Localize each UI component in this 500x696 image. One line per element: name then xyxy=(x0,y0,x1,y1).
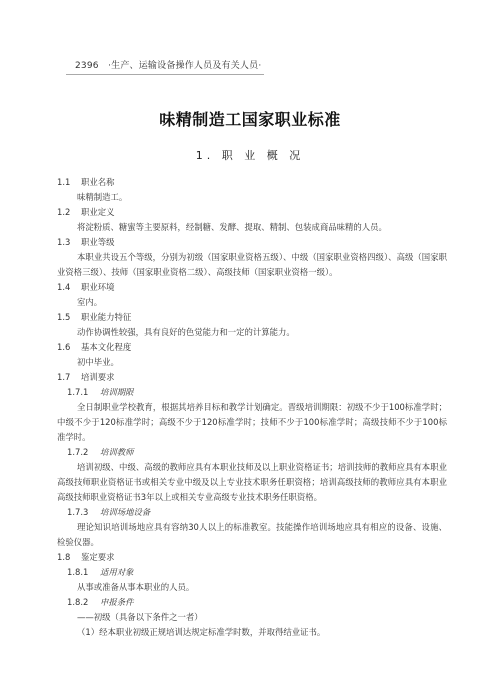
paragraph-1-7-3: 理论知识培训场地应具有容纳30人以上的标准教室。技能操作培训场地应具有相应的设备… xyxy=(57,520,447,550)
heading-1-5: 1.5职业能力特征 xyxy=(57,310,447,325)
document-body: 1.1职业名称 味精制造工。 1.2职业定义 将淀粉质、糖蜜等主要原料，经制糖、… xyxy=(57,175,447,640)
heading-1-8: 1.8鉴定要求 xyxy=(57,550,447,565)
paragraph-1-4: 室内。 xyxy=(57,295,447,310)
heading-1-7: 1.7培训要求 xyxy=(57,370,447,385)
running-title: ·生产、运输设备操作人员及有关人员· xyxy=(108,61,261,71)
paragraph-1-3: 本职业共设五个等级，分别为初级（国家职业资格五级）、中级（国家职业资格四级）、高… xyxy=(57,250,447,280)
document-title: 味精制造工国家职业标准 xyxy=(0,107,500,130)
heading-1-2: 1.2职业定义 xyxy=(57,205,447,220)
paragraph-1-2: 将淀粉质、糖蜜等主要原料，经制糖、发酵、提取、精制、包装成商品味精的人员。 xyxy=(57,220,447,235)
paragraph-1-5: 动作协调性较强，具有良好的色觉能力和一定的计算能力。 xyxy=(57,325,447,340)
heading-1-8-2: 1.8.2申报条件 xyxy=(67,595,447,610)
heading-1-4: 1.4职业环境 xyxy=(57,280,447,295)
heading-1-7-1: 1.7.1培训期限 xyxy=(67,385,447,400)
paragraph-1-7-1: 全日制职业学校教育，根据其培养目标和教学计划确定。晋级培训期限：初级不少于100… xyxy=(57,400,447,445)
heading-1-8-1: 1.8.1适用对象 xyxy=(67,565,447,580)
running-header: 2396 ·生产、运输设备操作人员及有关人员· xyxy=(66,58,264,75)
condition-subheading: ——初级（具备以下条件之一者） xyxy=(57,610,447,625)
heading-1-7-3: 1.7.3培训场地设备 xyxy=(67,505,447,520)
condition-item-1: （1）经本职业初级正规培训达规定标准学时数，并取得结业证书。 xyxy=(57,625,447,640)
heading-1-1: 1.1职业名称 xyxy=(57,175,447,190)
page-number: 2396 xyxy=(75,61,105,71)
paragraph-1-1: 味精制造工。 xyxy=(57,190,447,205)
heading-1-7-2: 1.7.2培训教师 xyxy=(67,445,447,460)
paragraph-1-8-1: 从事或准备从事本职业的人员。 xyxy=(57,580,447,595)
heading-1-6: 1.6基本文化程度 xyxy=(57,340,447,355)
paragraph-1-6: 初中毕业。 xyxy=(57,355,447,370)
heading-1-3: 1.3职业等级 xyxy=(57,235,447,250)
section-title: 1. 职 业 概 况 xyxy=(0,147,500,163)
paragraph-1-7-2: 培训初级、中级、高级的教师应具有本职业技师及以上职业资格证书；培训技师的教师应具… xyxy=(57,460,447,505)
